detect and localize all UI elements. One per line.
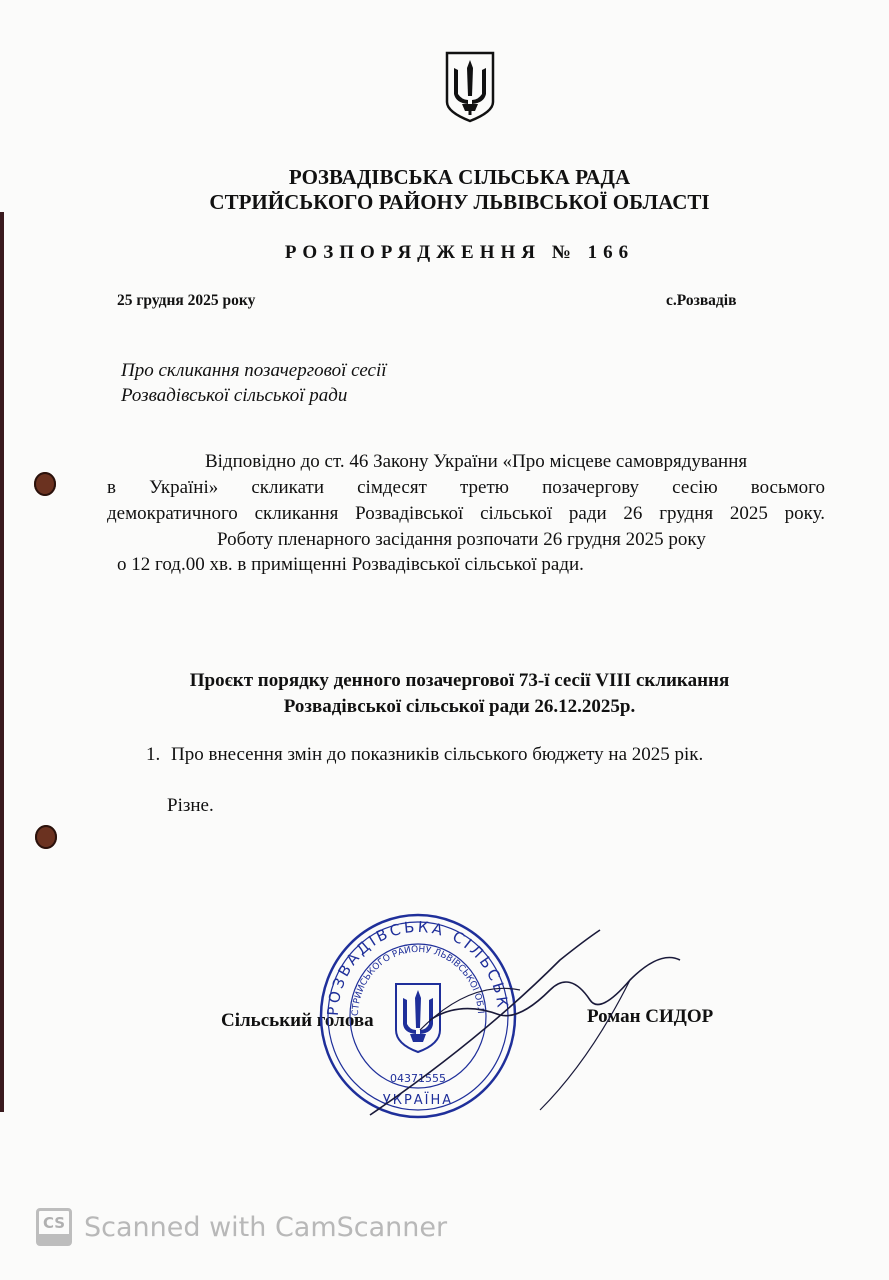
subject-line1: Про скликання позачергової сесії xyxy=(121,357,387,384)
body-p1-line1: Відповідно до ст. 46 Закону України «Про… xyxy=(205,451,747,473)
punch-hole-bottom xyxy=(35,825,57,849)
body-p1-line2: в Україні» скликати сімдесят третю позач… xyxy=(107,477,825,499)
subject-line2: Розвадівської сільської ради xyxy=(121,382,347,409)
agenda-title-line1: Проєкт порядку денного позачергової 73-ї… xyxy=(15,668,889,694)
camscanner-watermark: CS Scanned with CamScanner xyxy=(36,1208,447,1246)
punch-hole-top xyxy=(34,472,56,496)
body-p1-line3: демократичного скликання Розвадівської с… xyxy=(107,503,825,525)
body-p2-line2: о 12 год.00 хв. в приміщенні Розвадівськ… xyxy=(117,554,584,576)
agenda-misc: Різне. xyxy=(167,795,214,817)
agenda-item-text: Про внесення змін до показників сільсько… xyxy=(171,744,703,765)
document-place: с.Розвадів xyxy=(666,292,736,310)
body-p2-line1: Роботу пленарного засідання розпочати 26… xyxy=(217,529,706,551)
scan-edge-strip xyxy=(0,212,4,1112)
document-title: РОЗПОРЯДЖЕННЯ № 166 xyxy=(15,242,889,264)
agenda-item-number: 1. xyxy=(146,744,160,765)
council-name-line2: СТРИЙСЬКОГО РАЙОНУ ЛЬВІВСЬКОЇ ОБЛАСТІ xyxy=(15,190,889,215)
agenda-item: 1. Про внесення змін до показників сільс… xyxy=(146,744,703,766)
handwritten-signature xyxy=(360,920,700,1120)
coat-of-arms-icon xyxy=(444,50,496,124)
camscanner-logo-icon: CS xyxy=(36,1208,72,1246)
watermark-text: Scanned with CamScanner xyxy=(84,1212,447,1243)
document-date: 25 грудня 2025 року xyxy=(117,292,255,310)
council-name-line1: РОЗВАДІВСЬКА СІЛЬСЬКА РАДА xyxy=(15,165,889,190)
agenda-title-line2: Розвадівської сільської ради 26.12.2025р… xyxy=(15,694,889,720)
